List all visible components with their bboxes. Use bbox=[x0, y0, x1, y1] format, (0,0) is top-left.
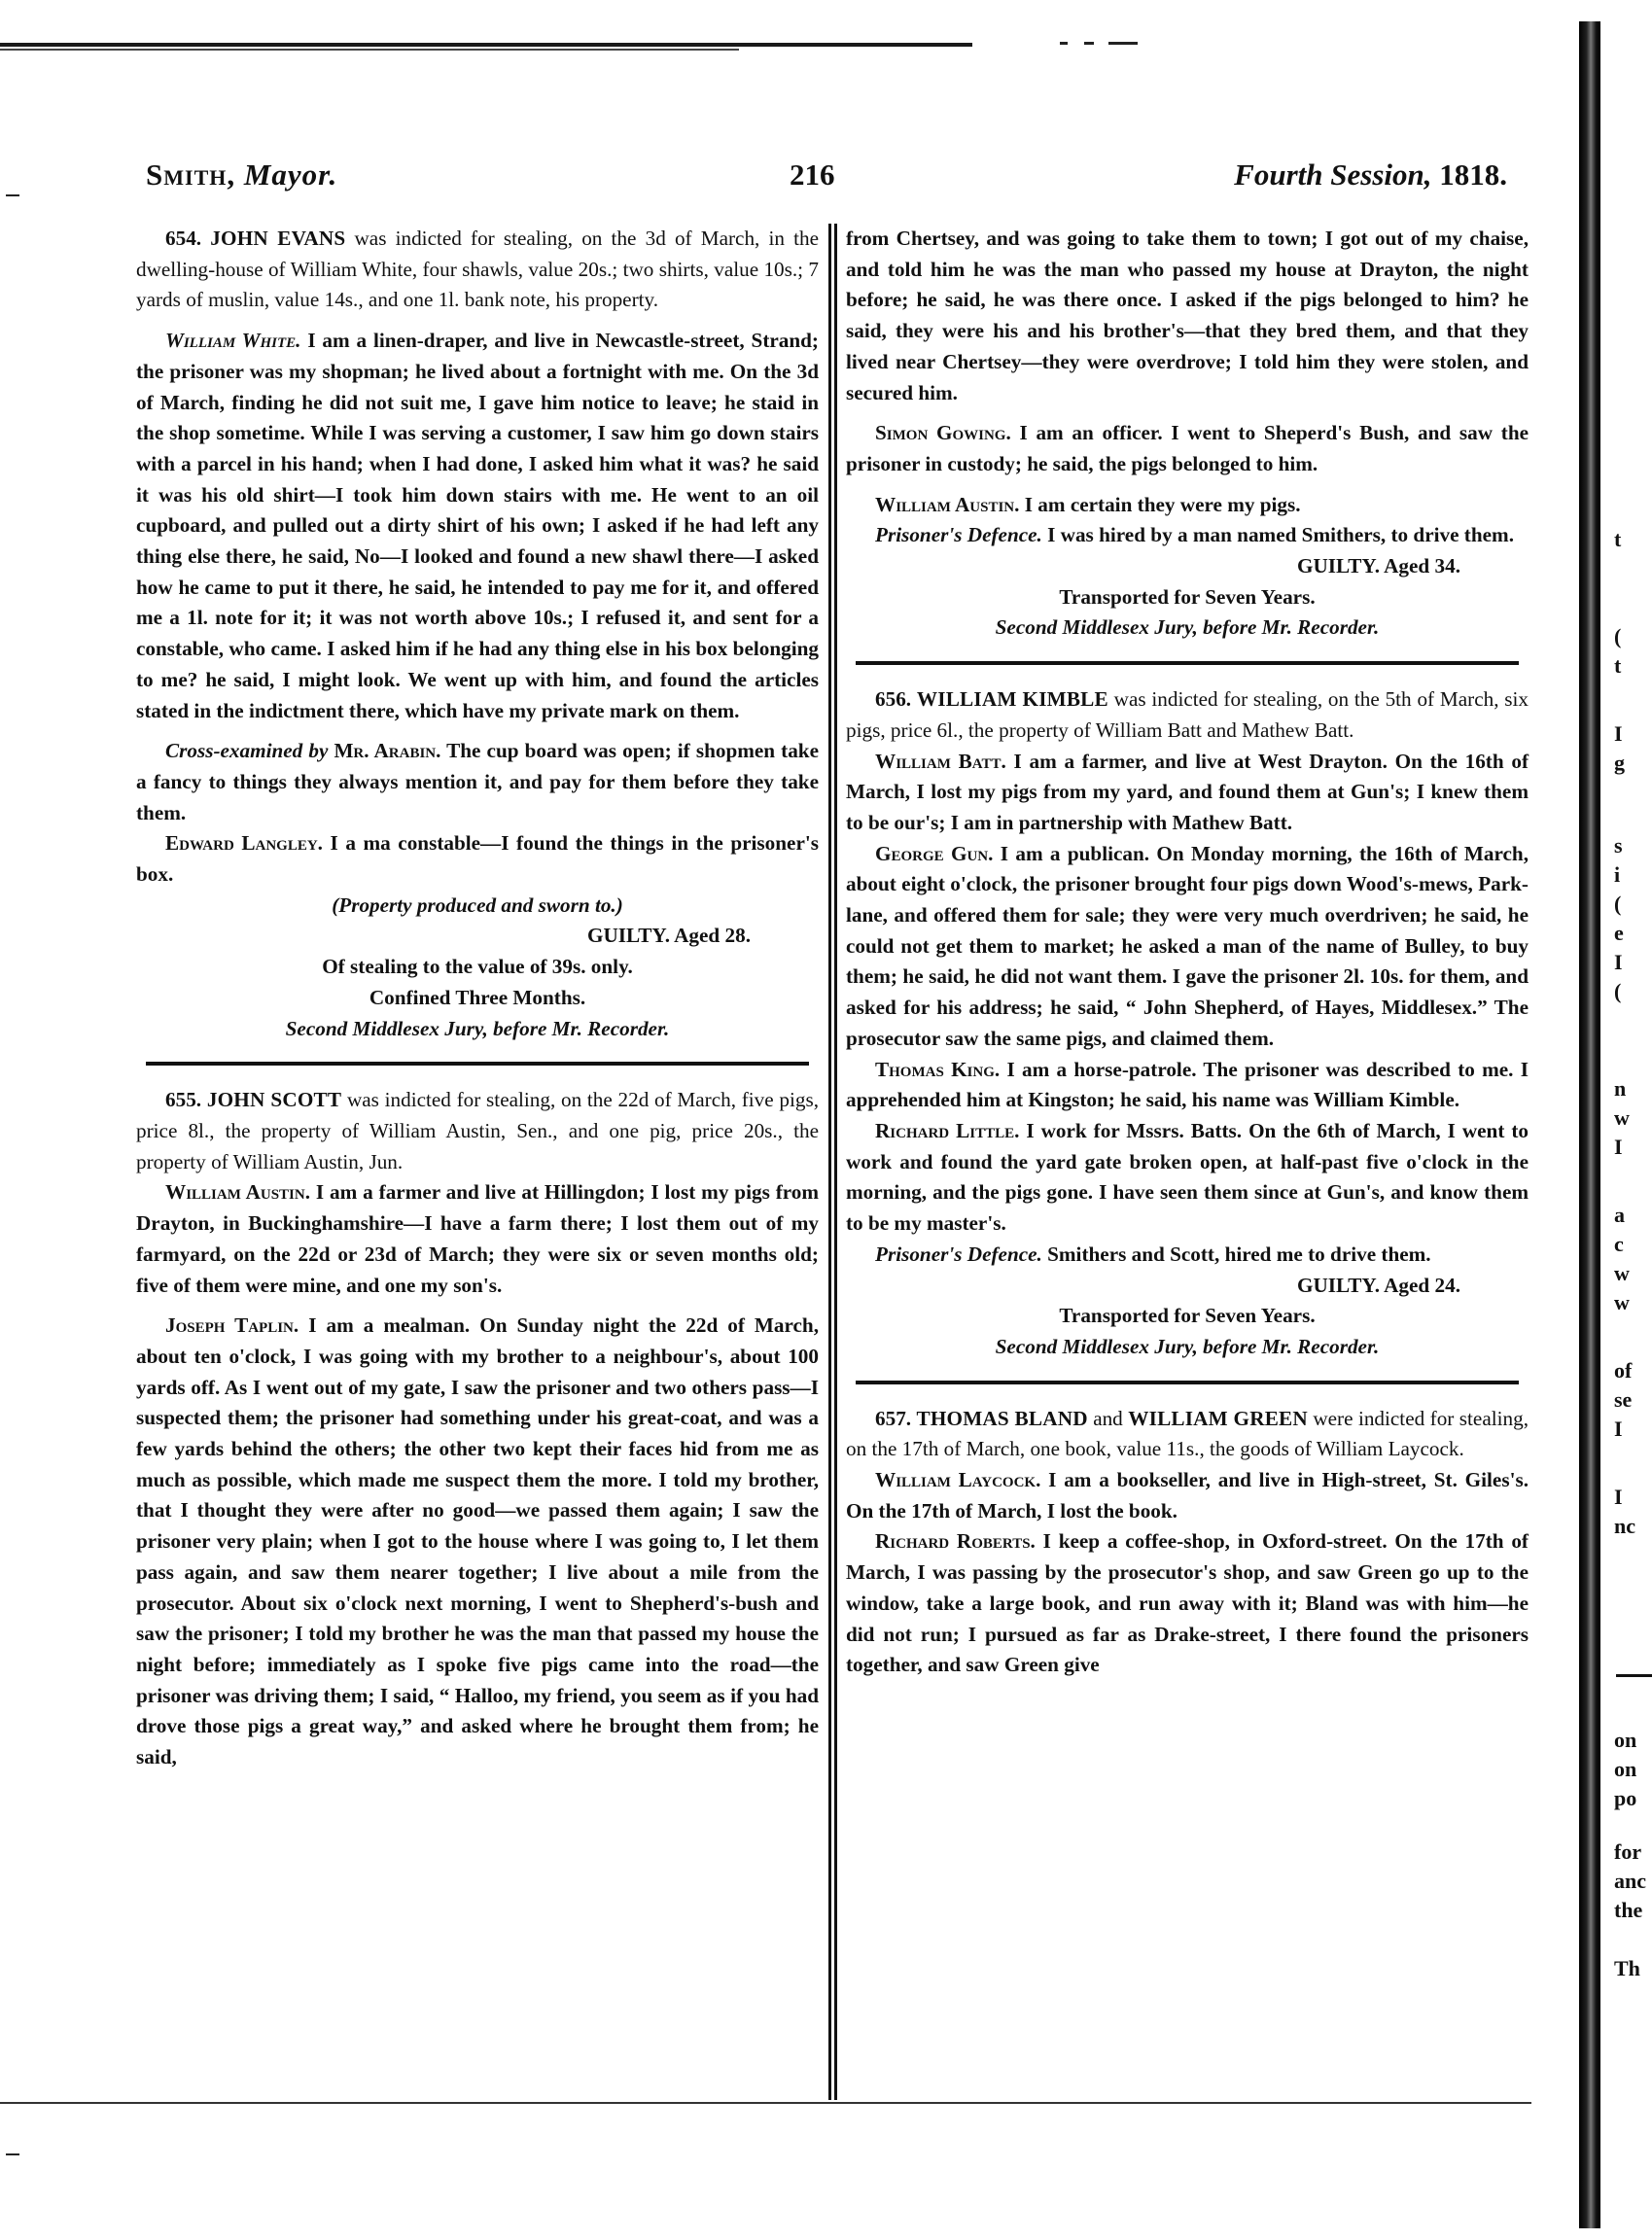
scan-bottom-edge-rule bbox=[0, 2102, 1531, 2104]
page-number: 216 bbox=[790, 157, 835, 192]
property-note: (Property produced and sworn to.) bbox=[136, 891, 819, 922]
jury-line: Second Middlesex Jury, before Mr. Record… bbox=[846, 1332, 1529, 1363]
facing-page-fragment: n bbox=[1614, 1074, 1626, 1103]
testimony-text: I am a publican. On Monday morning, the … bbox=[846, 842, 1529, 1050]
facing-page-fragment: I bbox=[1614, 1415, 1623, 1444]
facing-page-fragment: e bbox=[1614, 919, 1624, 948]
facing-page-fragment: a bbox=[1614, 1201, 1625, 1230]
witness-name: Richard Roberts. bbox=[875, 1529, 1036, 1553]
case-654: 654. JOHN EVANS was indicted for stealin… bbox=[136, 224, 819, 1044]
testimony-edward-langley: Edward Langley. I a ma constable—I found… bbox=[136, 828, 819, 890]
facing-page-fragment: c bbox=[1614, 1230, 1624, 1259]
defendant-name: JOHN EVANS bbox=[210, 227, 345, 250]
case-separator-rule bbox=[856, 661, 1519, 665]
facing-page-fragment: w bbox=[1614, 1259, 1630, 1288]
case-separator-rule bbox=[856, 1381, 1519, 1384]
column-divider-right-rule bbox=[834, 224, 837, 2100]
header-mayor: Smith, Mayor. bbox=[146, 157, 337, 192]
header-mayor-name: Smith, bbox=[146, 157, 235, 192]
case-656: 656. WILLIAM KIMBLE was indicted for ste… bbox=[846, 684, 1529, 1362]
facing-page-rule bbox=[1616, 1674, 1652, 1677]
witness-name: Simon Gowing. bbox=[875, 421, 1011, 444]
testimony-george-gun: George Gun. I am a publican. On Monday m… bbox=[846, 839, 1529, 1055]
facing-page-fragment: t bbox=[1614, 651, 1621, 681]
case-separator-rule bbox=[146, 1062, 809, 1066]
case-655-indictment: 655. JOHN SCOTT was indicted for stealin… bbox=[136, 1085, 819, 1177]
scan-top-edge-rule-secondary bbox=[0, 49, 739, 51]
defendant-name-2: WILLIAM GREEN bbox=[1128, 1407, 1308, 1430]
facing-page-fragment: on bbox=[1614, 1755, 1636, 1784]
facing-page-fragment: I bbox=[1614, 1483, 1623, 1512]
defendant-joiner: and bbox=[1093, 1407, 1123, 1430]
testimony-william-white: William White. I am a linen-draper, and … bbox=[136, 326, 819, 726]
facing-page-fragment: of bbox=[1614, 1356, 1632, 1385]
facing-page-fragment: Th bbox=[1614, 1954, 1640, 1983]
case-656-indictment: 656. WILLIAM KIMBLE was indicted for ste… bbox=[846, 684, 1529, 746]
testimony-text: I am a linen-draper, and live in Newcast… bbox=[136, 329, 819, 721]
testimony-thomas-king: Thomas King. I am a horse-patrole. The p… bbox=[846, 1055, 1529, 1116]
defendant-name: JOHN SCOTT bbox=[207, 1088, 341, 1111]
case-655: 655. JOHN SCOTT was indicted for stealin… bbox=[136, 1085, 819, 1772]
sentence: Transported for Seven Years. bbox=[846, 582, 1529, 613]
facing-page-fragment: t bbox=[1614, 525, 1621, 554]
facing-page-fragment: nc bbox=[1614, 1512, 1635, 1541]
right-column: from Chertsey, and was going to take the… bbox=[846, 224, 1529, 1681]
prisoners-defence: Prisoner's Defence. Smithers and Scott, … bbox=[846, 1240, 1529, 1271]
facing-page-fragment: on bbox=[1614, 1726, 1636, 1755]
witness-name: William White. bbox=[165, 329, 300, 352]
testimony-william-batt: William Batt. I am a farmer, and live at… bbox=[846, 747, 1529, 839]
case-654-indictment: 654. JOHN EVANS was indicted for stealin… bbox=[136, 224, 819, 316]
cross-examined-label: Cross-examined by bbox=[165, 739, 328, 762]
facing-page-fragment: I bbox=[1614, 948, 1623, 977]
cross-examination: Cross-examined by Mr. Arabin. The cup bo… bbox=[136, 736, 819, 828]
testimony-joseph-taplin: Joseph Taplin. I am a mealman. On Sunday… bbox=[136, 1311, 819, 1773]
case-657: 657. THOMAS BLAND and WILLIAM GREEN were… bbox=[846, 1404, 1529, 1681]
witness-name: William Austin. bbox=[875, 493, 1019, 516]
facing-page-fragment: the bbox=[1614, 1896, 1642, 1925]
header-mayor-title: Mayor. bbox=[244, 157, 337, 192]
witness-name: Joseph Taplin. bbox=[165, 1313, 299, 1337]
witness-name: Edward Langley. bbox=[165, 831, 323, 855]
defence-label: Prisoner's Defence. bbox=[875, 523, 1042, 546]
sentence: Transported for Seven Years. bbox=[846, 1301, 1529, 1332]
header-session-name: Fourth Session, bbox=[1234, 157, 1431, 192]
witness-name: Thomas King. bbox=[875, 1058, 1000, 1081]
counsel-name: Mr. Arabin. bbox=[334, 739, 440, 762]
testimony-text: I am a mealman. On Sunday night the 22d … bbox=[136, 1313, 819, 1768]
case-number: 654. bbox=[165, 227, 201, 250]
case-number: 656. bbox=[875, 687, 911, 711]
prisoners-defence: Prisoner's Defence. I was hired by a man… bbox=[846, 520, 1529, 551]
book-gutter-shadow bbox=[1579, 21, 1600, 2228]
header-session: Fourth Session, 1818. bbox=[1234, 157, 1507, 192]
case-number: 657. bbox=[875, 1407, 911, 1430]
scan-speck bbox=[1084, 42, 1094, 45]
witness-name: Richard Little. bbox=[875, 1119, 1019, 1142]
witness-name: George Gun. bbox=[875, 842, 993, 865]
jury-line: Second Middlesex Jury, before Mr. Record… bbox=[846, 612, 1529, 644]
case-number: 655. bbox=[165, 1088, 201, 1111]
scan-speck bbox=[1108, 42, 1138, 45]
testimony-richard-roberts: Richard Roberts. I keep a coffee-shop, i… bbox=[846, 1526, 1529, 1681]
running-header: Smith, Mayor. 216 Fourth Session, 1818. bbox=[146, 157, 1507, 196]
margin-mark bbox=[6, 194, 19, 196]
facing-page-fragment: I bbox=[1614, 1133, 1623, 1162]
facing-page-fragment: ( bbox=[1614, 622, 1621, 651]
facing-page-fragment: se bbox=[1614, 1385, 1632, 1415]
defence-label: Prisoner's Defence. bbox=[875, 1242, 1042, 1266]
testimony-william-laycock: William Laycock. I am a bookseller, and … bbox=[846, 1465, 1529, 1526]
verdict-qualifier: Of stealing to the value of 39s. only. bbox=[136, 952, 819, 983]
column-divider-left-rule bbox=[828, 224, 831, 2100]
case-655-continued: from Chertsey, and was going to take the… bbox=[846, 224, 1529, 644]
facing-page-fragment: i bbox=[1614, 860, 1620, 890]
defence-text: I was hired by a man named Smithers, to … bbox=[1047, 523, 1514, 546]
testimony-william-austin-2: William Austin. I am certain they were m… bbox=[846, 490, 1529, 521]
testimony-text: I am certain they were my pigs. bbox=[1025, 493, 1301, 516]
facing-page-fragment: for bbox=[1614, 1837, 1641, 1867]
case-657-indictment: 657. THOMAS BLAND and WILLIAM GREEN were… bbox=[846, 1404, 1529, 1465]
facing-page-fragment: w bbox=[1614, 1103, 1630, 1133]
testimony-joseph-taplin-continued: from Chertsey, and was going to take the… bbox=[846, 224, 1529, 408]
verdict: GUILTY. Aged 24. bbox=[846, 1271, 1529, 1302]
testimony-simon-gowing: Simon Gowing. I am an officer. I went to… bbox=[846, 418, 1529, 479]
left-column: 654. JOHN EVANS was indicted for stealin… bbox=[136, 224, 819, 1773]
verdict: GUILTY. Aged 28. bbox=[136, 921, 819, 952]
verdict: GUILTY. Aged 34. bbox=[846, 551, 1529, 582]
sentence: Confined Three Months. bbox=[136, 983, 819, 1014]
testimony-william-austin: William Austin. I am a farmer and live a… bbox=[136, 1177, 819, 1301]
facing-page-fragment: I bbox=[1614, 719, 1623, 749]
witness-name: William Laycock. bbox=[875, 1468, 1040, 1491]
testimony-richard-little: Richard Little. I work for Mssrs. Batts.… bbox=[846, 1116, 1529, 1240]
facing-page-fragment: ( bbox=[1614, 890, 1621, 919]
witness-name: William Austin. bbox=[165, 1180, 310, 1204]
facing-page-fragment: po bbox=[1614, 1784, 1636, 1813]
margin-mark bbox=[6, 2153, 19, 2155]
facing-page-fragment: w bbox=[1614, 1288, 1630, 1317]
facing-page-fragment: anc bbox=[1614, 1867, 1646, 1896]
defendant-name: WILLIAM KIMBLE bbox=[917, 687, 1108, 711]
defence-text: Smithers and Scott, hired me to drive th… bbox=[1047, 1242, 1430, 1266]
jury-line: Second Middlesex Jury, before Mr. Record… bbox=[136, 1014, 819, 1045]
defendant-name: THOMAS BLAND bbox=[917, 1407, 1088, 1430]
facing-page-fragment: ( bbox=[1614, 977, 1621, 1006]
witness-name: William Batt. bbox=[875, 750, 1006, 773]
facing-page-fragment: g bbox=[1614, 749, 1625, 778]
header-session-year: 1818. bbox=[1439, 157, 1507, 192]
scan-speck bbox=[1060, 42, 1068, 45]
scan-top-edge-rule bbox=[0, 43, 972, 47]
facing-page-fragment: s bbox=[1614, 831, 1623, 860]
